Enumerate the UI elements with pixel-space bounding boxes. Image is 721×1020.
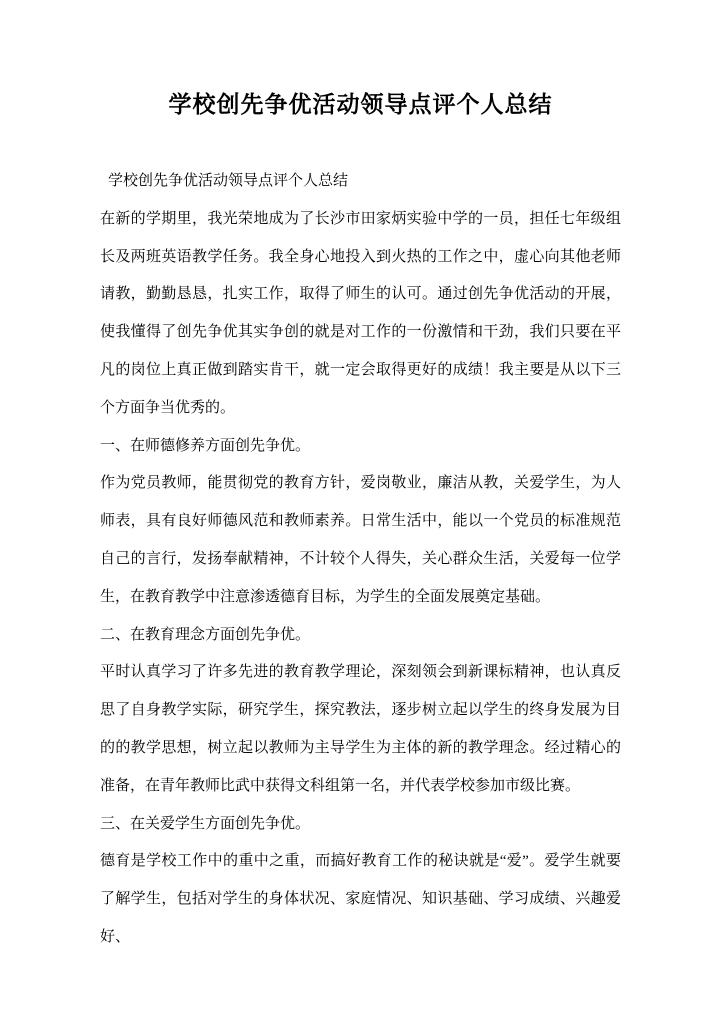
paragraph-section-1: 作为党员教师，能贯彻党的教育方针，爱岗敬业，廉洁从教，关爱学生，为人师表，具有良…	[100, 465, 621, 616]
section-heading-3: 三、在关爱学生方面创先争优。	[100, 806, 621, 844]
paragraph-intro: 在新的学期里，我光荣地成为了长沙市田家炳实验中学的一员，担任七年级组长及两班英语…	[100, 201, 621, 428]
paragraph-section-2: 平时认真学习了许多先进的教育教学理论，深刻领会到新课标精神，也认真反思了自身教学…	[100, 654, 621, 805]
section-heading-1: 一、在师德修养方面创先争优。	[100, 428, 621, 466]
paragraph-section-3: 德育是学校工作中的重中之重，而搞好教育工作的秘诀就是“爱”。爱学生就要了解学生，…	[100, 843, 621, 956]
document-subtitle-line: 学校创先争优活动领导点评个人总结	[100, 163, 621, 201]
document-title: 学校创先争优活动领导点评个人总结	[100, 88, 621, 122]
document-page: 学校创先争优活动领导点评个人总结 学校创先争优活动领导点评个人总结 在新的学期里…	[0, 0, 721, 1020]
document-body: 学校创先争优活动领导点评个人总结 在新的学期里，我光荣地成为了长沙市田家炳实验中…	[100, 163, 621, 957]
section-heading-2: 二、在教育理念方面创先争优。	[100, 617, 621, 655]
